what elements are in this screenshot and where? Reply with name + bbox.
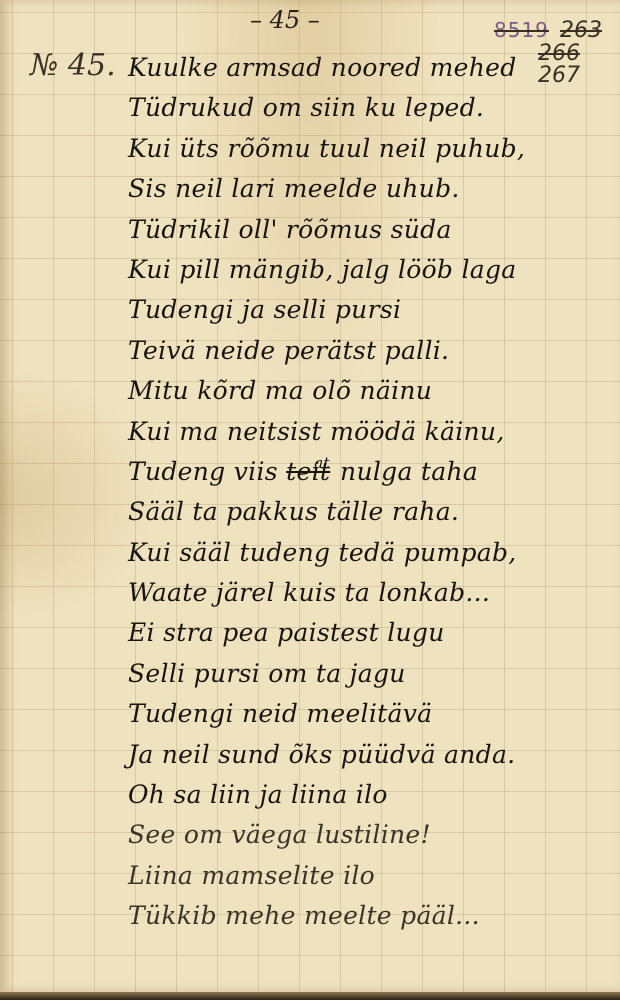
archive-numbers-row-1: 8519 263 (432, 18, 602, 43)
entry-number-label: № 45. (30, 48, 116, 83)
poem-line: Kui ma neitsist möödä käinu, (128, 412, 598, 452)
poem-line: Tudengi neid meelitävä (128, 694, 598, 734)
poem-line: Kui üts rõõmu tuul neil puhub, (128, 129, 598, 169)
page-number: – 45 – (250, 6, 320, 34)
poem-text: Kuulke armsad noored mehed Tüdrukud om s… (128, 48, 598, 937)
poem-line: Kuulke armsad noored mehed (128, 48, 598, 88)
crossed-out-stamp-number: 8519 (494, 18, 549, 42)
poem-line: Sis neil lari meelde uhub. (128, 169, 598, 209)
poem-line: Oh sa liin ja liina ilo (128, 775, 598, 815)
crossed-out-archive-number: 263 (560, 18, 602, 43)
poem-line: Tudengi ja selli pursi (128, 290, 598, 330)
poem-line: Ja neil sund õks püüdvä anda. (128, 735, 598, 775)
poem-line: See om väega lustiline! (128, 815, 598, 855)
poem-line: Mitu kõrd ma olõ näinu (128, 371, 598, 411)
page-bottom-edge (0, 992, 620, 1000)
line-text-after-correction: nulga taha (332, 457, 478, 486)
poem-line: Kui sääl tudeng tedä pumpab, (128, 533, 598, 573)
poem-line: Ei stra pea paistest lugu (128, 613, 598, 653)
poem-line: Tüdrikil oll' rõõmus süda (128, 210, 598, 250)
manuscript-page: – 45 – 8519 263 266 267 № 45. Kuulke arm… (0, 0, 620, 992)
poem-line: Tükkib mehe meelte pääl... (128, 896, 598, 936)
poem-line-with-correction: Tudeng viis teitat nulga taha (128, 452, 598, 492)
poem-line: Liina mamselite ilo (128, 856, 598, 896)
poem-line: Waate järel kuis ta lonkab... (128, 573, 598, 613)
poem-line: Sääl ta pakkus tälle raha. (128, 492, 598, 532)
line-text-before-correction: Tudeng viis (128, 457, 286, 486)
poem-line: Kui pill mängib, jalg lööb laga (128, 250, 598, 290)
superscript-insertion: at (314, 454, 330, 472)
poem-line: Teivä neide perätst palli. (128, 331, 598, 371)
poem-line: Selli pursi om ta jagu (128, 654, 598, 694)
poem-line: Tüdrukud om siin ku leped. (128, 88, 598, 128)
